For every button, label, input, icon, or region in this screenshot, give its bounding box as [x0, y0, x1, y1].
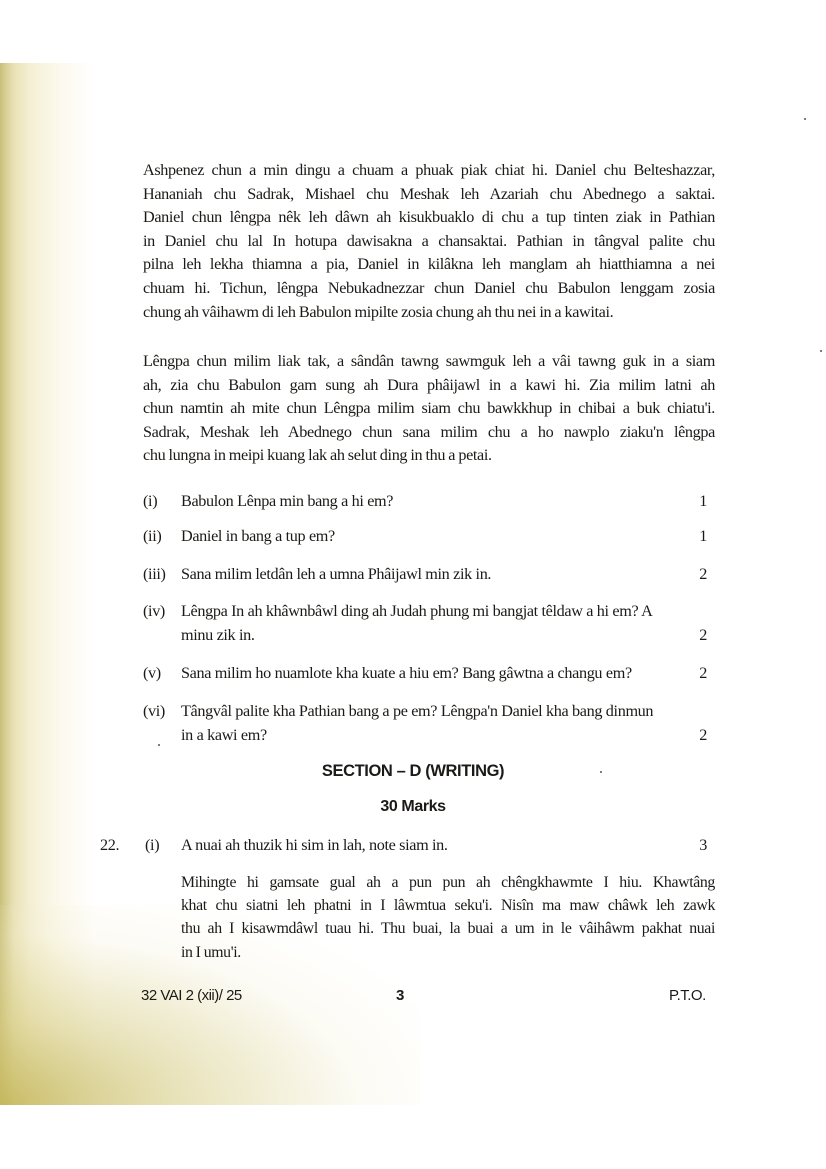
- passage-line: khat chu siatni leh phatni in I lâwmtua …: [181, 894, 715, 917]
- sub-question-number: (i): [145, 834, 159, 858]
- question-text: Daniel in bang a tup em?: [181, 525, 701, 549]
- question-number: (iv): [143, 600, 165, 624]
- question-number: (vi): [143, 700, 165, 724]
- passage-line: pilna leh lekha thiamna a pia, Daniel in…: [143, 253, 715, 277]
- passage-line: Hananiah chu Sadrak, Mishael chu Meshak …: [143, 183, 715, 207]
- question-marks: 2: [699, 724, 707, 748]
- scan-speck: [820, 350, 822, 352]
- page-number: 3: [396, 987, 404, 1004]
- question-marks: 1: [699, 525, 707, 549]
- scan-speck: [804, 118, 806, 120]
- question-text: Sana milim ho nuamlote kha kuate a hiu e…: [181, 662, 701, 686]
- passage-line: Ashpenez chun a min dingu a chuam a phua…: [143, 159, 715, 183]
- question-number: (ii): [143, 525, 161, 549]
- question-number: (iii): [143, 563, 166, 587]
- paper-code: 32 VAI 2 (xii)/ 25: [141, 987, 242, 1004]
- q22-passage: Mihingte hi gamsate gual ah a pun pun ah…: [181, 871, 715, 964]
- passage-line: chun namtin ah mite chun Lêngpa milim si…: [143, 397, 715, 421]
- question-text: A nuai ah thuzik hi sim in lah, note sia…: [181, 834, 701, 858]
- scan-speck: [600, 771, 602, 773]
- question-text: Sana milim letdân leh a umna Phâijawl mi…: [181, 563, 701, 587]
- question-text: in a kawi em?: [181, 724, 701, 748]
- passage-paragraph-2: Lêngpa chun milim liak tak, a sândân taw…: [143, 350, 715, 468]
- question-text: minu zik in.: [181, 624, 701, 648]
- passage-line: in I umu'i.: [181, 941, 715, 964]
- question-marks: 2: [699, 662, 707, 686]
- question-text: Babulon Lênpa min bang a hi em?: [181, 490, 701, 514]
- passage-line: Lêngpa chun milim liak tak, a sândân taw…: [143, 350, 715, 374]
- passage-line: chung ah vâihawm di leh Babulon mipilte …: [143, 301, 715, 325]
- passage-line: Mihingte hi gamsate gual ah a pun pun ah…: [181, 871, 715, 894]
- scan-speck: [158, 744, 160, 746]
- question-marks: 3: [699, 834, 707, 858]
- question-number: (v): [143, 662, 161, 686]
- passage-line: chuam hi. Tichun, lêngpa Nebukadnezzar c…: [143, 277, 715, 301]
- question-number: 22.: [100, 834, 119, 858]
- question-marks: 1: [699, 490, 707, 514]
- passage-line: Sadrak, Meshak leh Abednego chun sana mi…: [143, 421, 715, 445]
- question-marks: 2: [699, 624, 707, 648]
- question-text: Tângvâl palite kha Pathian bang a pe em?…: [181, 700, 701, 724]
- passage-line: chu lungna in meipi kuang lak ah selut d…: [143, 444, 715, 468]
- passage-line: in Daniel chu lal In hotupa dawisakna a …: [143, 230, 715, 254]
- passage-paragraph-1: Ashpenez chun a min dingu a chuam a phua…: [143, 159, 715, 324]
- question-text: Lêngpa In ah khâwnbâwl ding ah Judah phu…: [181, 600, 701, 624]
- exam-page: Ashpenez chun a min dingu a chuam a phua…: [0, 0, 826, 1169]
- passage-line: ah, zia chu Babulon gam sung ah Dura phâ…: [143, 374, 715, 398]
- section-title: SECTION – D (WRITING): [0, 762, 826, 781]
- pto-label: P.T.O.: [669, 987, 706, 1004]
- question-marks: 2: [699, 563, 707, 587]
- question-number: (i): [143, 490, 157, 514]
- section-marks: 30 Marks: [0, 798, 826, 816]
- passage-line: Daniel chun lêngpa nêk leh dâwn ah kisuk…: [143, 206, 715, 230]
- passage-line: thu ah I kisawmdâwl tuau hi. Thu buai, l…: [181, 917, 715, 940]
